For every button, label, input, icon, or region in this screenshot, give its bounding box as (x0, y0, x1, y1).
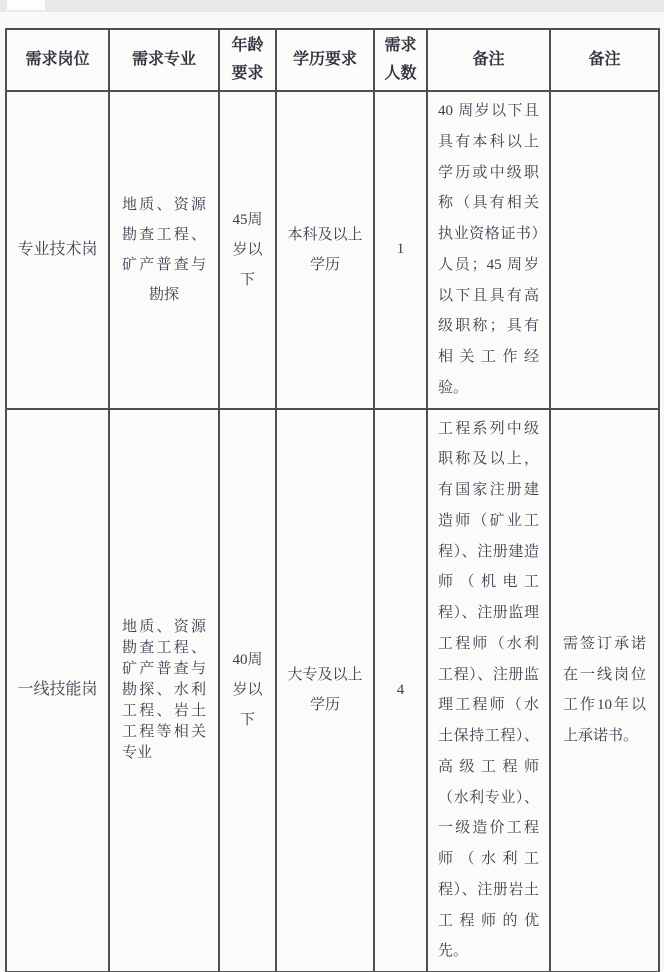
page-top-strip-highlight (7, 0, 45, 10)
header-education: 学历要求 (276, 29, 374, 91)
header-age: 年龄要求 (219, 29, 276, 91)
cell-count: 4 (374, 409, 427, 972)
cell-major: 地质、资源勘查工程、矿产普查与勘探 (109, 91, 219, 409)
header-position: 需求岗位 (6, 29, 109, 91)
table-header-row: 需求岗位 需求专业 年龄要求 学历要求 需求人数 备注 备注 (6, 29, 659, 91)
cell-count: 1 (374, 91, 427, 409)
cell-position: 一线技能岗 (6, 409, 109, 972)
cell-education: 本科及以上学历 (276, 91, 374, 409)
cell-remark-1: 工程系列中级职称及以上，有国家注册建造师（矿业工程）、注册建造师（机电工程）、注… (427, 409, 550, 972)
cell-major: 地质、资源勘查工程、矿产普查与勘探、水利工程、岩土工程等相关专业 (109, 409, 219, 972)
header-major: 需求专业 (109, 29, 219, 91)
table-row-professional-technical: 专业技术岗 地质、资源勘查工程、矿产普查与勘探 45周岁以下 本科及以上学历 1… (6, 91, 659, 409)
page-top-strip (0, 0, 664, 12)
header-count: 需求人数 (374, 29, 427, 91)
cell-age: 45周岁以下 (219, 91, 276, 409)
cell-age: 40周岁以下 (219, 409, 276, 972)
cell-remark-1: 40 周岁以下且具有本科以上学历或中级职称（具有相关执业资格证书）人员；45 周… (427, 91, 550, 409)
header-remark-2: 备注 (550, 29, 659, 91)
cell-remark-2: 需签订承诺在一线岗位工作10年以上承诺书。 (550, 409, 659, 972)
recruitment-table: 需求岗位 需求专业 年龄要求 学历要求 需求人数 备注 备注 专业技术岗 地质、… (5, 28, 660, 972)
header-remark-1: 备注 (427, 29, 550, 91)
cell-education: 大专及以上学历 (276, 409, 374, 972)
cell-remark-2 (550, 91, 659, 409)
table-row-frontline-skill: 一线技能岗 地质、资源勘查工程、矿产普查与勘探、水利工程、岩土工程等相关专业 4… (6, 409, 659, 972)
cell-position: 专业技术岗 (6, 91, 109, 409)
